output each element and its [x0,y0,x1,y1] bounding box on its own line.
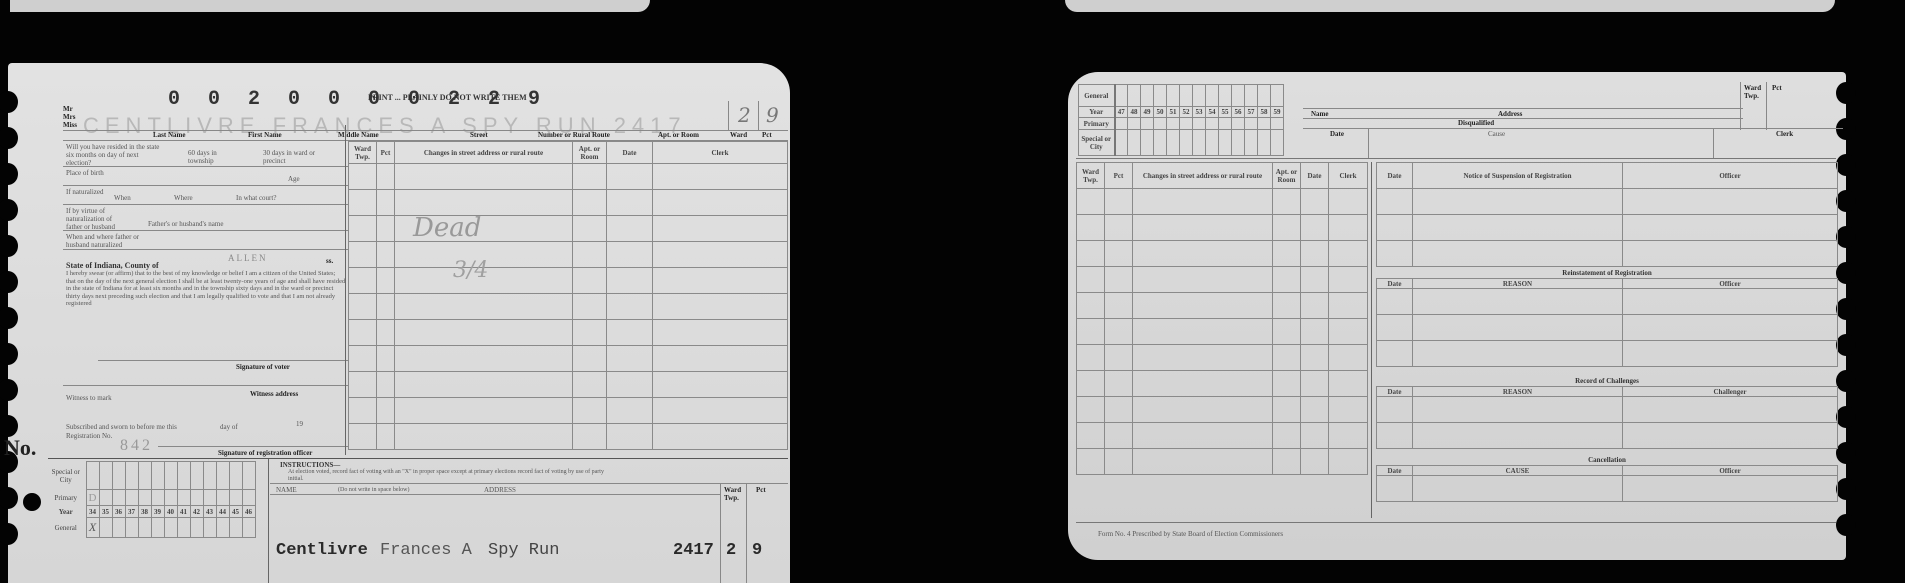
label-day-of: day of [220,423,238,431]
registration-number: 842 [120,437,153,455]
label-pct: Pct [762,131,772,139]
label-do-not-write: (Do not write in space below) [338,486,409,494]
question-residence: Will you have resided in the state six m… [66,143,161,167]
previous-card-edge-right [1065,0,1835,12]
col-clerk: Clerk [653,142,788,164]
punch-hole-index [23,493,41,511]
registration-card-front: 0 0 2 0 0 0 0 2 2 9 PRINT ... PLAINLY DO… [8,63,790,583]
challenges-table: Date REASON Challenger [1376,386,1838,449]
registration-card-back: General Year 47484950515253545556575859 … [1068,72,1846,560]
col-apt: Apt. or Room [573,142,607,164]
changes-table-back: Ward Twp. Pct Changes in street address … [1076,162,1368,475]
label-signature-officer: Signature of registration officer [218,449,312,457]
label-first-name: First Name [248,131,282,139]
label-subscribed: Subscribed and sworn to before me this [66,423,177,431]
primary-mark: D [86,490,99,506]
year-row-back: Year 47484950515253545556575859 [1079,107,1284,118]
label-when: When [114,194,131,202]
suspension-table: Date Notice of Suspension of Registratio… [1376,162,1838,267]
label-if-by-virtue: If by virtue of naturalization of father… [66,207,126,231]
typed-pct: 9 [752,541,762,560]
ward-handwritten: 2 [738,103,751,127]
label-place-of-birth: Place of birth [66,169,106,177]
header-notice: PRINT ... PLAINLY DO NOT WRITE THEM [368,93,527,102]
label-ward-twp: Ward Twp. [724,486,742,502]
voting-grid-front: Special or City Primary D Year 343536373… [46,461,256,538]
label-signature-voter: Signature of voter [236,363,290,371]
label-street: Street [470,131,488,139]
label-witness-to-mark: Witness to mark [66,394,112,402]
col-pct: Pct [377,142,395,164]
question-ward-precinct: 30 days in ward or precinct [263,149,333,165]
year-suffix: 19 [296,420,303,428]
instructions-text: At election voted, record fact of voting… [288,469,618,483]
pct-handwritten: 9 [766,103,779,127]
question-township: 60 days in township [188,149,243,165]
county-value: ALLEN [228,253,268,263]
label-cause: Cause [1488,130,1505,138]
label-clerk-back: Clerk [1776,130,1793,138]
label-disqualified: Disqualified [1458,119,1494,127]
typed-last-name: Centlivre [276,541,368,560]
previous-card-edge-left [10,0,650,12]
handwritten-date: 3/4 [453,258,488,283]
reinstatement-title: Reinstatement of Registration [1376,269,1838,277]
instructions-title: INSTRUCTIONS— [280,461,340,469]
label-age: Age [288,175,300,183]
cancellation-table: Date CAUSE Officer [1376,465,1838,502]
typed-first-middle: Frances A [380,541,472,560]
cancellation-title: Cancellation [1376,456,1838,464]
label-ward-back: Ward Twp. [1744,84,1764,100]
punch-holes-right [1836,82,1856,536]
typed-street: Spy Run [488,541,559,560]
voting-grid-back: General Year 47484950515253545556575859 … [1078,84,1284,156]
label-if-naturalized: If naturalized [66,188,106,196]
label-name-back: Name [1311,110,1329,118]
label-witness-address: Witness address [250,390,298,398]
label-number: Number or Rural Route [538,131,610,139]
challenges-title: Record of Challenges [1376,377,1838,385]
number-label: No. [4,435,36,461]
label-address-back: Address [1498,110,1522,118]
label-pct-bottom: Pct [756,486,766,494]
typed-ward: 2 [726,541,736,560]
col-date: Date [607,142,653,164]
label-court: In what court? [236,194,276,202]
typed-number: 2417 [673,541,714,560]
label-name: NAME [276,486,297,494]
col-changes: Changes in street address or rural route [395,142,573,164]
label-where: Where [174,194,193,202]
label-father-name: Father's or husband's name [148,220,223,228]
state-county-label: State of Indiana, County of [66,261,159,270]
salutation-options: Mr Mrs Miss [63,105,77,129]
year-row-front: Year 34353637383940414243444546 [46,506,255,518]
label-address: ADDRESS [484,486,516,494]
label-registration-no: Registration No. [66,432,112,440]
label-last-name: Last Name [153,131,185,139]
general-mark: X [86,518,99,538]
label-date-back: Date [1330,130,1344,138]
punch-holes-left [0,91,18,545]
label-pct-back: Pct [1772,84,1782,92]
ss-label: ss. [326,257,333,265]
label-when-where-father: When and where father or husband natural… [66,233,151,249]
changes-table-front: Ward Twp. Pct Changes in street address … [348,141,788,450]
label-apt: Apt. or Room [658,131,699,139]
form-footer: Form No. 4 Prescribed by State Board of … [1098,530,1283,538]
col-ward-twp: Ward Twp. [349,142,377,164]
oath-text: I hereby swear (or affirm) that to the b… [66,270,346,308]
handwritten-dead: Dead [413,213,481,243]
reinstatement-table: Date REASON Officer [1376,278,1838,367]
label-ward: Ward [730,131,747,139]
